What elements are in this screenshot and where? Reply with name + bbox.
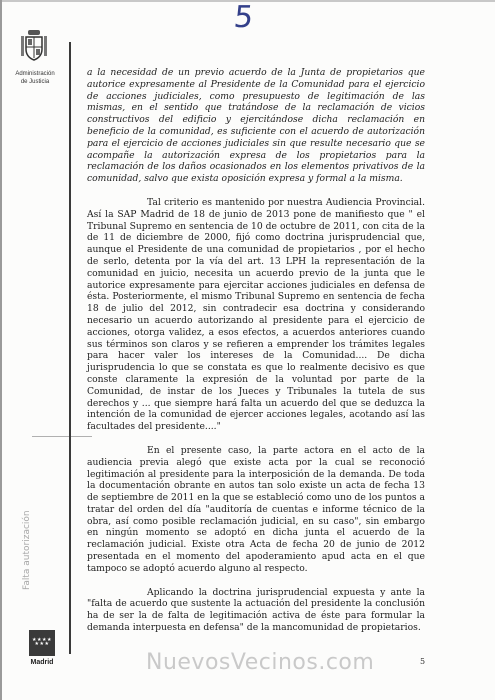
- institution-label-line2: de Justicia: [6, 78, 64, 86]
- watermark: NuevosVecinos.com: [146, 650, 374, 675]
- handwritten-margin-note: Falta autorización: [22, 480, 32, 590]
- page-number: 5: [420, 657, 425, 666]
- quoted-paragraph: a la necesidad de un previo acuerdo de l…: [87, 67, 425, 185]
- spain-coat-of-arms-icon: [20, 28, 48, 64]
- handwritten-page-mark: 5: [232, 0, 255, 35]
- comunidad-de-madrid-logo-icon: ★★★★★★★: [29, 630, 55, 656]
- pen-mark: [32, 436, 92, 437]
- left-margin-sidebar: Administración de Justicia Falta autoriz…: [2, 0, 68, 700]
- body-paragraph: En el presente caso, la parte actora en …: [87, 445, 425, 575]
- institution-label-line1: Administración: [6, 70, 64, 78]
- margin-divider-line: [69, 42, 71, 654]
- document-body: a la necesidad de un previo acuerdo de l…: [87, 67, 425, 634]
- document-page: Administración de Justicia Falta autoriz…: [0, 0, 495, 700]
- body-paragraph: Tal criterio es mantenido por nuestra Au…: [87, 197, 425, 433]
- region-label: Madrid: [24, 659, 60, 666]
- madrid-stars-icon: ★★★★★★★: [29, 638, 55, 646]
- body-paragraph: Aplicando la doctrina jurisprudencial ex…: [87, 587, 425, 634]
- institution-label: Administración de Justicia: [6, 70, 64, 86]
